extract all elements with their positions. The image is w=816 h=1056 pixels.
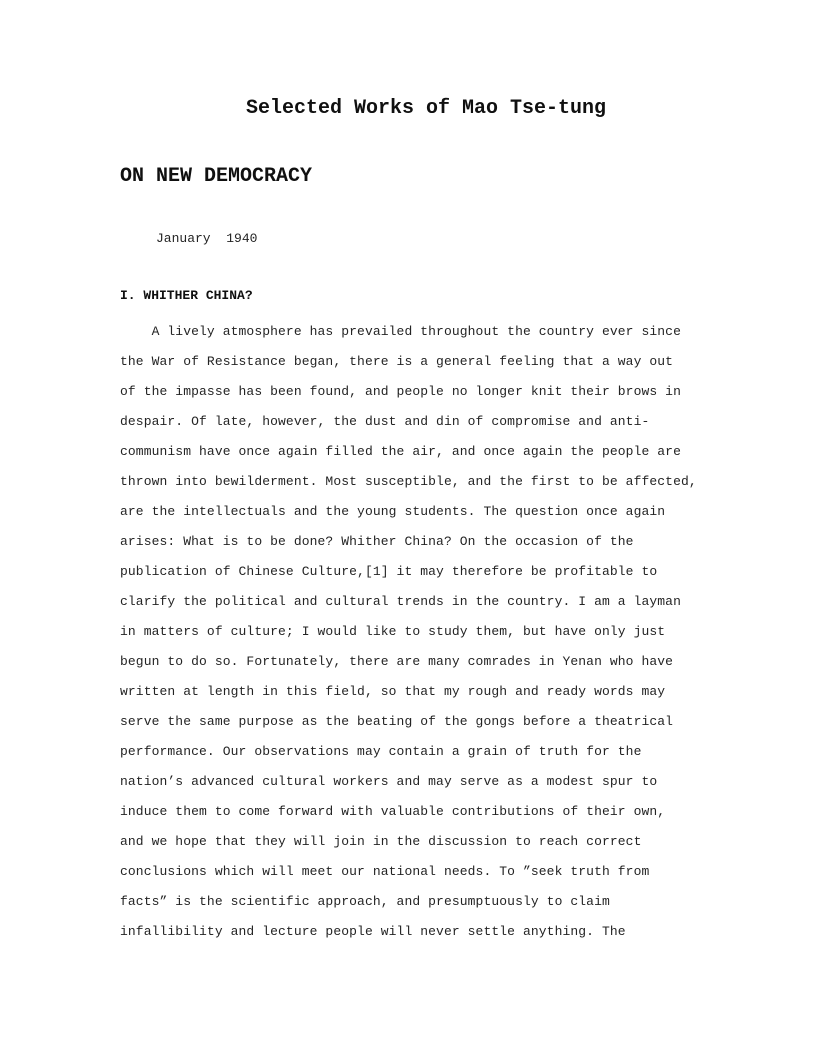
paragraph-line: serve the same purpose as the beating of…	[120, 707, 706, 737]
paragraph-line: facts” is the scientific approach, and p…	[120, 887, 706, 917]
paragraph-line: clarify the political and cultural trend…	[120, 587, 706, 617]
paragraph-line: and we hope that they will join in the d…	[120, 827, 706, 857]
body-paragraph: A lively atmosphere has prevailed throug…	[120, 317, 706, 947]
paragraph-line: begun to do so. Fortunately, there are m…	[120, 647, 706, 677]
paragraph-line: thrown into bewilderment. Most susceptib…	[120, 467, 706, 497]
article-title: ON NEW DEMOCRACY	[120, 164, 312, 190]
paragraph-line: nation’s advanced cultural workers and m…	[120, 767, 706, 797]
paragraph-line: communism have once again filled the air…	[120, 437, 706, 467]
paragraph-line: in matters of culture; I would like to s…	[120, 617, 706, 647]
paragraph-line: arises: What is to be done? Whither Chin…	[120, 527, 706, 557]
document-page: Selected Works of Mao Tse-tung ON NEW DE…	[0, 0, 816, 1056]
paragraph-line: written at length in this field, so that…	[120, 677, 706, 707]
paragraph-line: publication of Chinese Culture,[1] it ma…	[120, 557, 706, 587]
paragraph-line: infallibility and lecture people will ne…	[120, 917, 706, 947]
paragraph-line: induce them to come forward with valuabl…	[120, 797, 706, 827]
paragraph-line: A lively atmosphere has prevailed throug…	[120, 317, 706, 347]
paragraph-line: are the intellectuals and the young stud…	[120, 497, 706, 527]
paragraph-line: of the impasse has been found, and peopl…	[120, 377, 706, 407]
paragraph-line: conclusions which will meet our national…	[120, 857, 706, 887]
paragraph-line: the War of Resistance began, there is a …	[120, 347, 706, 377]
article-date: January 1940	[156, 230, 257, 247]
book-title: Selected Works of Mao Tse-tung	[36, 96, 816, 122]
paragraph-line: performance. Our observations may contai…	[120, 737, 706, 767]
paragraph-line: despair. Of late, however, the dust and …	[120, 407, 706, 437]
section-heading: I. WHITHER CHINA?	[120, 287, 253, 304]
